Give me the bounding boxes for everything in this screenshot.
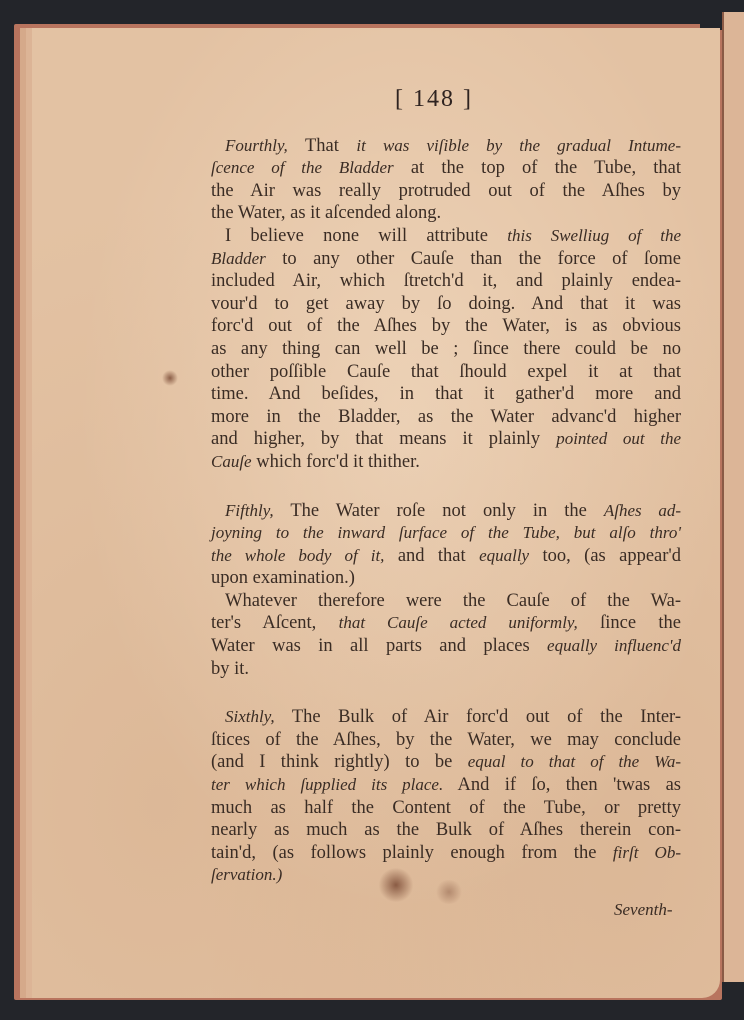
roman-text: as any thing can well be ; ſince there c…: [211, 339, 681, 359]
italic-text: joyning to the inward ſurface of the Tub…: [211, 523, 681, 542]
text-line: forc'd out of the Aſhes by the Water, is…: [197, 315, 681, 338]
roman-text: forc'd out of the Aſhes by the Water, is…: [211, 316, 681, 336]
text-line: I believe none will attribute this Swell…: [197, 225, 681, 248]
italic-text: the whole body of it,: [211, 546, 384, 565]
roman-text: time. And beſides, in that it gather'd m…: [211, 384, 681, 404]
italic-text: Fifthly,: [225, 501, 274, 520]
roman-text: ſtices of the Aſhes, by the Water, we ma…: [211, 730, 681, 750]
italic-text: Bladder: [211, 249, 266, 268]
roman-text: Whatever therefore were the Cauſe of the…: [225, 591, 681, 611]
paragraph-sixthly: Sixthly, The Bulk of Air forc'd out of t…: [197, 706, 681, 887]
roman-text: That: [288, 136, 357, 156]
italic-text: Fourthly,: [225, 136, 288, 155]
paragraph-fourthly: Fourthly, That it was viſible by the gra…: [197, 135, 681, 225]
italic-text: Sixthly,: [225, 707, 275, 726]
text-line: tain'd, (as follows plainly enough from …: [197, 842, 681, 865]
text-line: ſtices of the Aſhes, by the Water, we ma…: [197, 729, 681, 752]
roman-text: the Water, as it aſcended along.: [211, 203, 441, 223]
page-number: [ 148 ]: [187, 88, 681, 111]
catchword: Seventh-: [614, 900, 673, 920]
roman-text: and that: [384, 546, 479, 566]
text-line: ter's Aſcent, that Cauſe acted uniformly…: [197, 612, 681, 635]
text-line: time. And beſides, in that it gather'd m…: [197, 383, 681, 406]
text-line: ter which ſupplied its place. And if ſo,…: [197, 774, 681, 797]
roman-text: much as half the Content of the Tube, or…: [211, 798, 681, 818]
paragraphs: Fourthly, That it was viſible by the gra…: [197, 135, 681, 887]
text-line: vour'd to get away by ſo doing. And that…: [197, 293, 681, 316]
italic-text: ſcence of the Bladder: [211, 158, 394, 177]
roman-text: upon examination.): [211, 568, 355, 588]
text-line: much as half the Content of the Tube, or…: [197, 797, 681, 820]
roman-text: which forc'd it thither.: [252, 452, 420, 472]
roman-text: the Air was really protruded out of the …: [211, 181, 681, 201]
text-line: other poſſible Cauſe that ſhould expel i…: [197, 361, 681, 384]
text-line: more in the Bladder, as the Water advanc…: [197, 406, 681, 429]
roman-text: at the top of the Tube, that: [394, 158, 681, 178]
roman-text: vour'd to get away by ſo doing. And that…: [211, 294, 681, 314]
text-line: as any thing can well be ; ſince there c…: [197, 338, 681, 361]
text-line: by it.: [197, 658, 681, 681]
text-line: Bladder to any other Cauſe than the forc…: [197, 248, 681, 271]
text-line: (and I think rightly) to be equal to tha…: [197, 751, 681, 774]
italic-text: equal to that of the Wa-: [468, 752, 681, 771]
text-line: included Air, which ſtretch'd it, and pl…: [197, 270, 681, 293]
text-line: nearly as much as the Bulk of Aſhes ther…: [197, 819, 681, 842]
text-line: and higher, by that means it plainly poi…: [197, 428, 681, 451]
text-line: Sixthly, The Bulk of Air forc'd out of t…: [197, 706, 681, 729]
italic-text: that Cauſe acted uniformly,: [339, 613, 578, 632]
roman-text: to any other Cauſe than the force of ſom…: [266, 249, 681, 269]
italic-text: ter which ſupplied its place.: [211, 775, 443, 794]
text-line: ſervation.): [197, 864, 681, 887]
text-line: the whole body of it, and that equally t…: [197, 545, 681, 568]
italic-text: ſervation.): [211, 865, 282, 884]
roman-text: Water was in all parts and places: [211, 636, 547, 656]
roman-text: nearly as much as the Bulk of Aſhes ther…: [211, 820, 681, 840]
italic-text: pointed out the: [556, 429, 681, 448]
text-line: Fifthly, The Water roſe not only in the …: [197, 500, 681, 523]
italic-text: Aſhes ad-: [604, 501, 681, 520]
paragraph-whatever: Whatever therefore were the Cauſe of the…: [197, 590, 681, 680]
roman-text: more in the Bladder, as the Water advanc…: [211, 407, 681, 427]
text-line: upon examination.): [197, 567, 681, 590]
text-line: the Water, as it aſcended along.: [197, 202, 681, 225]
roman-text: The Bulk of Air forc'd out of the Inter-: [275, 707, 681, 727]
paragraph-fifthly: Fifthly, The Water roſe not only in the …: [197, 500, 681, 590]
roman-text: too, (as appear'd: [529, 546, 681, 566]
text-line: Cauſe which forc'd it thither.: [197, 451, 681, 474]
text-line: Whatever therefore were the Cauſe of the…: [197, 590, 681, 613]
roman-text: (and I think rightly) to be: [211, 752, 468, 772]
italic-text: it was viſible by the gradual Intume-: [356, 136, 681, 155]
roman-text: ter's Aſcent,: [211, 613, 339, 633]
italic-text: Cauſe: [211, 452, 252, 471]
page-text: [ 148 ] Fourthly, That it was viſible by…: [197, 88, 681, 887]
italic-text: this Swelliug of the: [507, 226, 681, 245]
roman-text: I believe none will attribute: [225, 226, 507, 246]
roman-text: The Water roſe not only in the: [274, 501, 604, 521]
roman-text: and higher, by that means it plainly: [211, 429, 556, 449]
next-page-edge: [722, 12, 744, 982]
text-line: ſcence of the Bladder at the top of the …: [197, 157, 681, 180]
ink-stain: [162, 370, 178, 386]
text-line: Water was in all parts and places equall…: [197, 635, 681, 658]
text-line: joyning to the inward ſurface of the Tub…: [197, 522, 681, 545]
text-line: Fourthly, That it was viſible by the gra…: [197, 135, 681, 158]
text-line: the Air was really protruded out of the …: [197, 180, 681, 203]
roman-text: And if ſo, then 'twas as: [443, 775, 681, 795]
italic-text: equally influenc'd: [547, 636, 681, 655]
roman-text: tain'd, (as follows plainly enough from …: [211, 843, 613, 863]
roman-text: included Air, which ſtretch'd it, and pl…: [211, 271, 681, 291]
italic-text: equally: [479, 546, 529, 565]
paragraph-i-believe: I believe none will attribute this Swell…: [197, 225, 681, 474]
roman-text: ſince the: [578, 613, 681, 633]
roman-text: by it.: [211, 659, 249, 679]
roman-text: other poſſible Cauſe that ſhould expel i…: [211, 362, 681, 382]
italic-text: firſt Ob-: [613, 843, 681, 862]
